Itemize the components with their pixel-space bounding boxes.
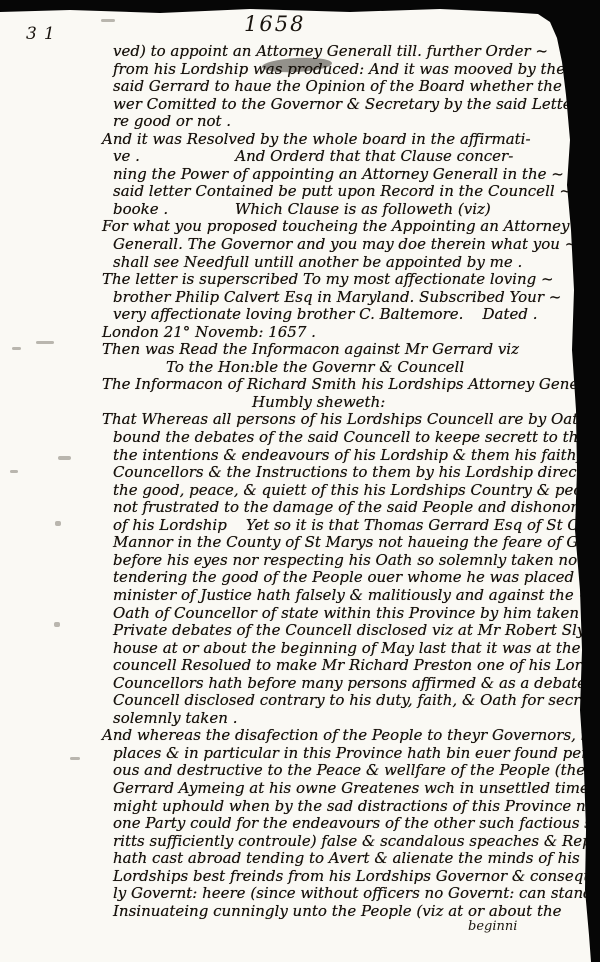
manuscript-line: Councellors hath before many persons aff… — [102, 675, 600, 693]
margin-speck — [54, 622, 60, 627]
manuscript-line: ning the Power of appointing an Attorney… — [102, 166, 600, 184]
manuscript-line: Councell disclosed contrary to his duty,… — [102, 692, 600, 710]
manuscript-line: one Party could for the endeavours of th… — [102, 815, 600, 833]
manuscript-line: Then was Read the Informacon against Mr … — [102, 341, 600, 359]
manuscript-line: wer Comitted to the Governor & Secretary… — [102, 96, 600, 114]
catchword: beginni — [468, 919, 517, 934]
manuscript-line: Humbly sheweth: — [102, 394, 600, 412]
manuscript-line: Oath of Councellor of state within this … — [102, 605, 600, 623]
manuscript-line: ve . And Orderd that that Clause concer- — [102, 148, 600, 166]
manuscript-line: brother Philip Calvert Esq in Maryland. … — [102, 289, 600, 307]
manuscript-line: of his Lordship Yet so it is that Thomas… — [102, 517, 600, 535]
manuscript-line: minister of Justice hath falsely & malit… — [102, 587, 600, 605]
margin-speck — [10, 470, 18, 473]
manuscript-line: London 21° Novemb: 1657 . — [102, 324, 600, 342]
manuscript-line: Private debates of the Councell disclose… — [102, 622, 600, 640]
manuscript-line: That Whereas all persons of his Lordship… — [102, 411, 600, 429]
manuscript-line: places & in particular in this Province … — [102, 745, 600, 763]
manuscript-line: Councellors & the Instructions to them b… — [102, 464, 600, 482]
manuscript-line: Lordships best freinds from his Lordship… — [102, 868, 600, 886]
manuscript-line: house at or about the beginning of May l… — [102, 640, 600, 658]
manuscript-line: ous and destructive to the Peace & wellf… — [102, 762, 600, 780]
margin-speck — [101, 19, 115, 22]
scanned-page-background: 31 1658 ved) to appoint an Attorney Gene… — [0, 0, 600, 962]
manuscript-line: And it was Resolved by the whole board i… — [102, 131, 600, 149]
margin-speck — [36, 341, 54, 344]
margin-speck — [70, 757, 80, 760]
manuscript-line: Gerrard Aymeing at his owne Greatenes wc… — [102, 780, 600, 798]
manuscript-line: shall see Needfull untill another be app… — [102, 254, 600, 272]
manuscript-line: ly Governt: heere (since without officer… — [102, 885, 600, 903]
manuscript-line: tendering the good of the People ouer wh… — [102, 569, 600, 587]
manuscript-line: Insinuateing cunningly unto the People (… — [102, 903, 600, 921]
manuscript-line: hath cast abroad tending to Avert & alie… — [102, 850, 600, 868]
manuscript-page: 31 1658 ved) to appoint an Attorney Gene… — [0, 0, 600, 962]
manuscript-line: said Gerrard to haue the Opinion of the … — [102, 78, 600, 96]
manuscript-line: bound the debates of the said Councell t… — [102, 429, 600, 447]
manuscript-line: very affectionate loving brother C. Balt… — [102, 306, 600, 324]
manuscript-line: might uphould when by the sad distractio… — [102, 798, 600, 816]
manuscript-line: For what you proposed toucheing the Appo… — [102, 218, 600, 236]
year-heading: 1658 — [244, 12, 305, 36]
manuscript-line: solemnly taken . — [102, 710, 600, 728]
manuscript-line: before his eyes nor respecting his Oath … — [102, 552, 600, 570]
manuscript-line: ved) to appoint an Attorney Generall til… — [102, 43, 600, 61]
manuscript-line: re good or not . — [102, 113, 600, 131]
margin-speck — [55, 521, 61, 526]
folio-number: 31 — [26, 24, 62, 44]
manuscript-line: from his Lordship was produced: And it w… — [102, 61, 600, 79]
manuscript-line: Generall. The Governor and you may doe t… — [102, 236, 600, 254]
margin-speck — [12, 347, 21, 350]
manuscript-line: booke . Which Clause is as followeth (vi… — [102, 201, 600, 219]
manuscript-line: not frustrated to the damage of the said… — [102, 499, 600, 517]
manuscript-line: To the Hon:ble the Governr & Councell — [102, 359, 600, 377]
manuscript-line: The Informacon of Richard Smith his Lord… — [102, 376, 600, 394]
manuscript-line: The letter is superscribed To my most af… — [102, 271, 600, 289]
manuscript-line: Mannor in the County of St Marys not hau… — [102, 534, 600, 552]
manuscript-text-block: ved) to appoint an Attorney Generall til… — [102, 43, 600, 920]
manuscript-line: the intentions & endeavours of his Lords… — [102, 447, 600, 465]
margin-speck — [58, 456, 71, 460]
manuscript-line: said letter Contained be putt upon Recor… — [102, 183, 600, 201]
manuscript-line: the good, peace, & quiett of this his Lo… — [102, 482, 600, 500]
manuscript-line: ritts sufficiently controule) false & sc… — [102, 833, 600, 851]
manuscript-line: And whereas the disafection of the Peopl… — [102, 727, 600, 745]
manuscript-line: councell Resolued to make Mr Richard Pre… — [102, 657, 600, 675]
